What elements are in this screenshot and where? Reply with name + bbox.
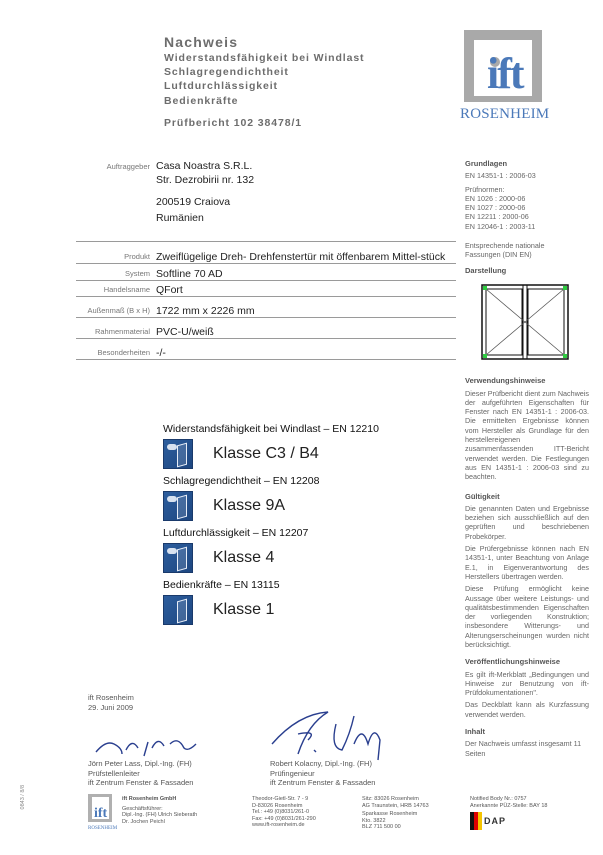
result-class: Klasse C3 / B4 [213, 445, 319, 463]
driving-rain-icon [163, 491, 193, 521]
veroeffentlichung-heading: Veröffentlichungshinweise [465, 657, 589, 666]
puez-stelle: Anerkannte PÜZ-Stelle: BAY 18 [470, 803, 547, 810]
window-drawing [481, 284, 569, 360]
dap-logo: DAP [484, 818, 506, 825]
document-title: Nachweis [164, 34, 364, 51]
svg-text:ROSENHEIM: ROSENHEIM [88, 826, 117, 831]
test-results: Widerstandsfähigkeit bei Windlast – EN 1… [163, 423, 379, 631]
air-permeability-icon [163, 543, 193, 573]
pruefnorm: EN 1027 : 2000-06 [465, 203, 589, 212]
product-details-table: Produkt Zweiflügelige Dreh- Drehfenstert… [76, 241, 456, 360]
bank-line: Kto. 3822 [362, 818, 429, 825]
detail-row: Handelsname QFort [76, 281, 456, 297]
signatory-dept: ift Zentrum Fenster & Fassaden [270, 778, 375, 788]
gueltigkeit-text: Diese Prüfung ermöglicht keine Aussage ü… [465, 584, 589, 649]
side-code: 0843 / 8/8 [20, 785, 26, 809]
verwendung-heading: Verwendungshinweise [465, 376, 589, 385]
notified-body: Notified Body Nr.: 0757 [470, 796, 547, 803]
gueltigkeit-text: Die genannten Daten und Ergebnisse bezie… [465, 504, 589, 541]
subtitle: Luftdurchlässigkeit [164, 79, 364, 93]
client-block: Auftraggeber Casa Noastra S.R.L. Str. De… [76, 159, 456, 225]
detail-label: Besonderheiten [76, 348, 156, 359]
result-item: Bedienkräfte – EN 13115 Klasse 1 [163, 579, 379, 625]
signatory-dept: ift Zentrum Fenster & Fassaden [88, 778, 193, 788]
sidebar: Grundlagen EN 14351-1 : 2006-03 Prüfnorm… [465, 159, 589, 761]
signature-kolacny [268, 704, 388, 762]
management-label: Geschäftsführer: [122, 806, 197, 813]
detail-label: Außenmaß (B x H) [76, 306, 156, 317]
veroeffentlichung-text: Das Deckblatt kann als Kurzfassung verwe… [465, 700, 589, 719]
detail-value: 1722 mm x 2226 mm [156, 305, 255, 318]
place: ift Rosenheim [88, 693, 134, 703]
client-label: Auftraggeber [76, 159, 156, 173]
detail-row: Rahmenmaterial PVC-U/weiß [76, 318, 456, 339]
pruefnorm: EN 12211 : 2000-06 [465, 212, 589, 221]
phone: Tel.: +49 (0)8031/261-0 [252, 809, 316, 816]
result-class: Klasse 4 [213, 549, 274, 567]
ift-logo: ift ROSENHEIM [460, 30, 570, 130]
result-class: Klasse 9A [213, 497, 285, 515]
result-title: Bedienkräfte – EN 13115 [163, 579, 379, 591]
footer-logo: ift ROSENHEIM [87, 793, 117, 831]
client-line: Str. Dezrobirii nr. 132 [156, 173, 254, 187]
signatory-name: Jörn Peter Lass, Dipl.-Ing. (FH) [88, 759, 193, 769]
website-link[interactable]: www.ift-rosenheim.de [252, 822, 316, 829]
detail-label: System [76, 269, 156, 280]
detail-value: Softline 70 AD [156, 268, 223, 281]
subtitle: Widerstandsfähigkeit bei Windlast [164, 51, 364, 65]
grundlagen-norm: EN 14351-1 : 2006-03 [465, 171, 589, 180]
detail-row: Außenmaß (B x H) 1722 mm x 2226 mm [76, 297, 456, 318]
result-item: Luftdurchlässigkeit – EN 12207 Klasse 4 [163, 527, 379, 573]
svg-text:ift: ift [94, 806, 108, 821]
management: Dipl.-Ing. (FH) Ulrich Sieberath [122, 812, 197, 819]
footer-register: Sitz: 83026 Rosenheim AG Traunstein, HRB… [362, 796, 429, 831]
signatory: Jörn Peter Lass, Dipl.-Ing. (FH) Prüfste… [88, 759, 193, 788]
subtitle: Bedienkräfte [164, 94, 364, 108]
subtitle: Schlagregendichtheit [164, 65, 364, 79]
dap-accreditation: DAP [470, 812, 547, 830]
logo-city: ROSENHEIM [460, 106, 549, 123]
fax: Fax: +49 (0)8031/261-290 [252, 816, 316, 823]
address-line: D-83026 Rosenheim [252, 803, 316, 810]
detail-value: -/- [156, 347, 166, 360]
operating-force-icon [163, 595, 193, 625]
inhalt-text: Der Nachweis umfasst insgesamt 11 Seiten [465, 739, 589, 758]
national-note: Entsprechende nationale Fassungen (DIN E… [465, 241, 565, 260]
veroeffentlichung-text: Es gilt ift-Merkblatt „Bedingungen und H… [465, 670, 589, 698]
result-title: Schlagregendichtheit – EN 12208 [163, 475, 379, 487]
company-name: ift Rosenheim GmbH [122, 796, 197, 803]
detail-row: System Softline 70 AD [76, 264, 456, 281]
report-number: Prüfbericht 102 38478/1 [164, 117, 364, 129]
detail-row: Besonderheiten -/- [76, 339, 456, 360]
darstellung-heading: Darstellung [465, 266, 589, 275]
client-line: Casa Noastra S.R.L. [156, 159, 254, 173]
result-item: Widerstandsfähigkeit bei Windlast – EN 1… [163, 423, 379, 469]
signatory: Robert Kolacny, Dipl.-Ing. (FH) Prüfinge… [270, 759, 375, 788]
footer-notified: Notified Body Nr.: 0757 Anerkannte PÜZ-S… [470, 796, 547, 830]
result-item: Schlagregendichtheit – EN 12208 Klasse 9… [163, 475, 379, 521]
address-line: Theodor-Gietl-Str. 7 - 9 [252, 796, 316, 803]
client-line: Rumänien [156, 211, 254, 225]
register-line: Sitz: 83026 Rosenheim [362, 796, 429, 803]
pruefnormen-label: Prüfnormen: [465, 185, 589, 194]
detail-label: Produkt [76, 252, 156, 263]
pruefnorm: EN 1026 : 2000-06 [465, 194, 589, 203]
management: Dr. Jochen Peichl [122, 819, 197, 826]
logo-text: ift [487, 52, 523, 96]
place-date: ift Rosenheim 29. Juni 2009 [88, 693, 134, 712]
signatory-role: Prüfingenieur [270, 769, 375, 779]
detail-value: QFort [156, 284, 183, 297]
detail-value: Zweiflügelige Dreh- Drehfenstertür mit ö… [156, 251, 446, 264]
detail-label: Rahmenmaterial [76, 327, 156, 338]
register-line: AG Traunstein, HRB 14763 [362, 803, 429, 810]
gueltigkeit-heading: Gültigkeit [465, 492, 589, 501]
pruefnorm: EN 12046-1 : 2003-11 [465, 222, 589, 231]
detail-label: Handelsname [76, 285, 156, 296]
detail-row: Produkt Zweiflügelige Dreh- Drehfenstert… [76, 242, 456, 264]
verwendung-text: Dieser Prüfbericht dient zum Nachweis de… [465, 389, 589, 482]
result-class: Klasse 1 [213, 601, 274, 619]
date: 29. Juni 2009 [88, 703, 134, 713]
signatory-role: Prüfstellenleiter [88, 769, 193, 779]
footer-company: ift Rosenheim GmbH Geschäftsführer: Dipl… [122, 796, 197, 825]
inhalt-heading: Inhalt [465, 727, 589, 736]
result-title: Widerstandsfähigkeit bei Windlast – EN 1… [163, 423, 379, 435]
wind-load-icon [163, 439, 193, 469]
detail-value: PVC-U/weiß [156, 326, 214, 339]
signatory-name: Robert Kolacny, Dipl.-Ing. (FH) [270, 759, 375, 769]
grundlagen-heading: Grundlagen [465, 159, 589, 168]
bank-line: BLZ 711 500 00 [362, 824, 429, 831]
client-line: 200519 Craiova [156, 195, 254, 209]
result-title: Luftdurchlässigkeit – EN 12207 [163, 527, 379, 539]
signature-lass [92, 730, 202, 762]
bank-line: Sparkasse Rosenheim [362, 811, 429, 818]
document-header: Nachweis Widerstandsfähigkeit bei Windla… [164, 34, 364, 129]
gueltigkeit-text: Die Prüfergebnisse können nach EN 14351-… [465, 544, 589, 581]
footer-address: Theodor-Gietl-Str. 7 - 9 D-83026 Rosenhe… [252, 796, 316, 829]
